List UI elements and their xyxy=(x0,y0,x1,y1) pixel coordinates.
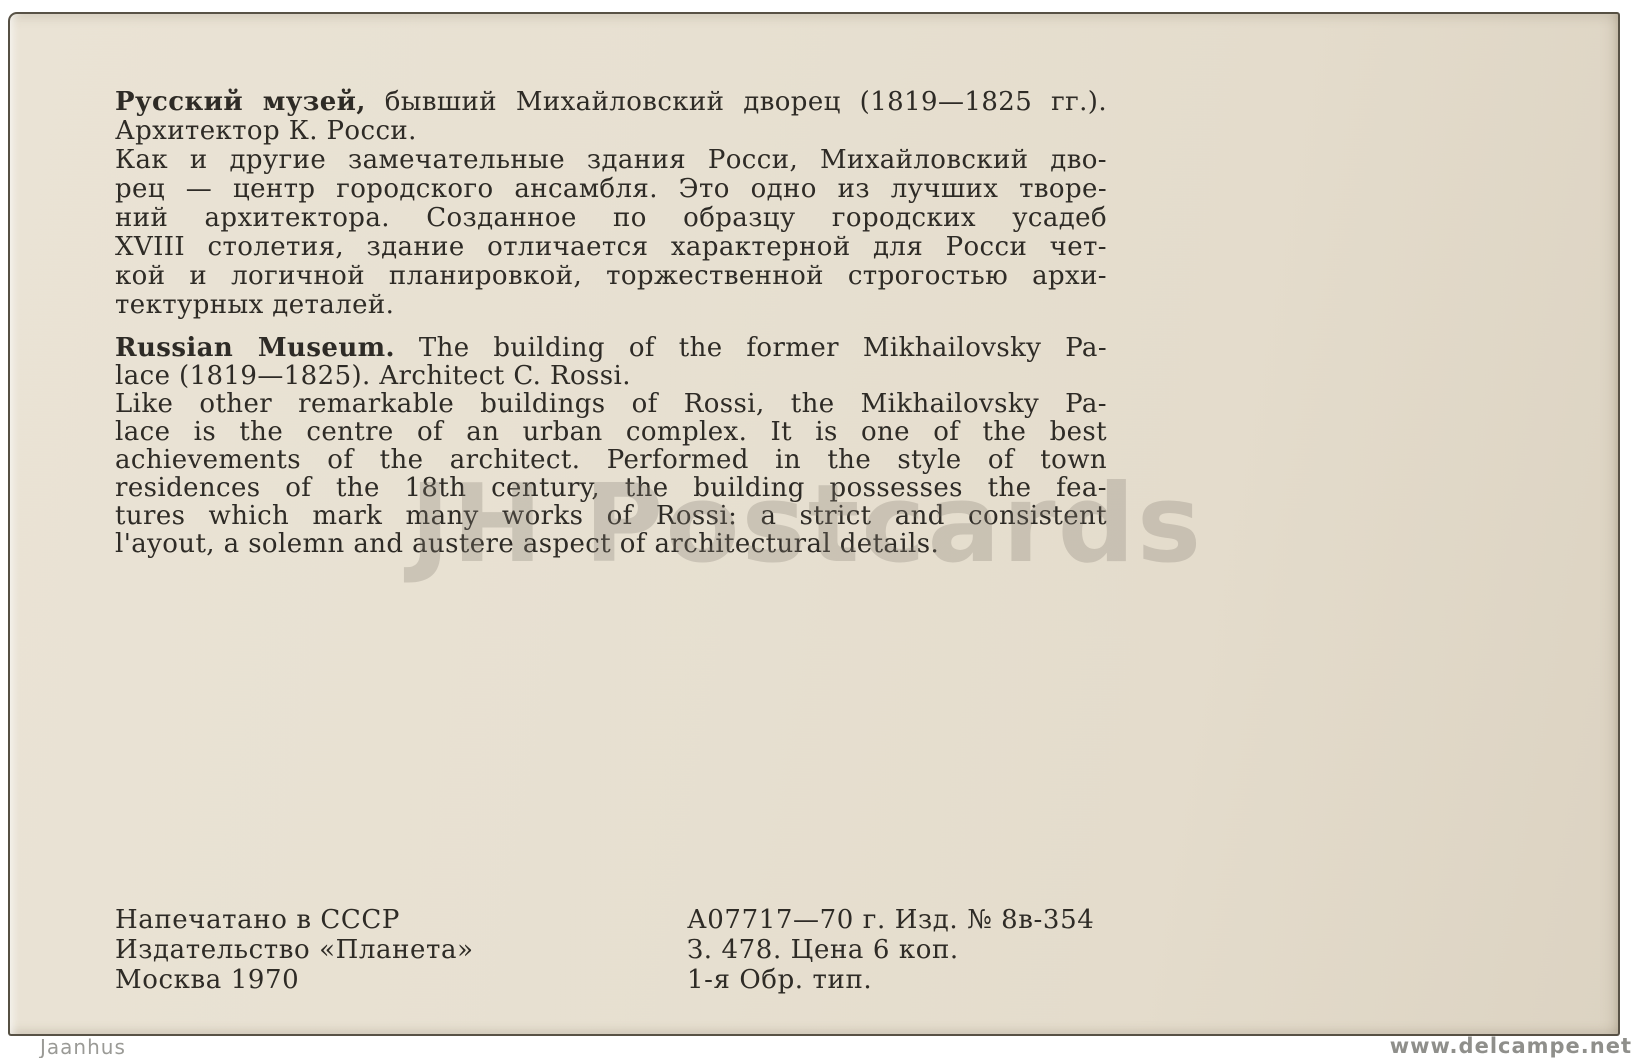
delcampe-url-label: www.delcampe.net xyxy=(1390,1034,1632,1058)
text-line: кой и логичной планировкой, торжественно… xyxy=(115,262,1107,291)
text-line: З. 478. Цена 6 коп. xyxy=(687,935,1094,965)
english-title-line2: lace (1819—1825). Architect C. Rossi. xyxy=(115,362,1107,390)
imprint-edition-block: А07717—70 г. Изд. № 8в-354З. 478. Цена 6… xyxy=(687,905,1094,995)
english-title-bold: Russian Museum. xyxy=(115,333,395,363)
text-line: Издательство «Планета» xyxy=(115,935,474,965)
russian-title-line2: Архитектор К. Росси. xyxy=(115,117,1107,146)
russian-text-block: Русский музей, бывший Михайловский дворе… xyxy=(115,88,1107,320)
text-line: tures which mark many works of Rossi: a … xyxy=(115,502,1107,530)
seller-name-label: Jaanhus xyxy=(40,1035,126,1058)
imprint-publisher-block: Напечатано в СССРИздательство «Планета»М… xyxy=(115,905,474,995)
text-line: Like other remarkable buildings of Rossi… xyxy=(115,390,1107,418)
text-line: achievements of the architect. Performed… xyxy=(115,446,1107,474)
text-line: А07717—70 г. Изд. № 8в-354 xyxy=(687,905,1094,935)
text-line: Как и другие замечательные здания Росси,… xyxy=(115,146,1107,175)
text-line: тектурных деталей. xyxy=(115,291,1107,320)
russian-paragraph: Как и другие замечательные здания Росси,… xyxy=(115,146,1107,320)
english-title-rest: The building of the former Mikhailovsky … xyxy=(395,333,1107,363)
postcard-text-column: Русский музей, бывший Михайловский дворе… xyxy=(115,88,1107,558)
russian-title-bold: Русский музей, xyxy=(115,87,366,117)
text-line: XVIII столетия, здание отличается характ… xyxy=(115,233,1107,262)
text-line: 1-я Обр. тип. xyxy=(687,965,1094,995)
english-paragraph: Like other remarkable buildings of Rossi… xyxy=(115,390,1107,558)
text-line: lace is the centre of an urban complex. … xyxy=(115,418,1107,446)
text-line: residences of the 18th century, the buil… xyxy=(115,474,1107,502)
postcard-back-scan: Русский музей, бывший Михайловский дворе… xyxy=(8,12,1620,1036)
text-line: рец — центр городского ансамбля. Это одн… xyxy=(115,175,1107,204)
russian-title-rest: бывший Михайловский дворец (1819—1825 гг… xyxy=(366,87,1107,117)
russian-title-line: Русский музей, бывший Михайловский дворе… xyxy=(115,88,1107,117)
text-line: l'ayout, a solemn and austere aspect of … xyxy=(115,530,1107,558)
text-line: Москва 1970 xyxy=(115,965,474,995)
text-line: Напечатано в СССР xyxy=(115,905,474,935)
english-text-block: Russian Museum. The building of the form… xyxy=(115,334,1107,558)
text-line: ний архитектора. Созданное по образцу го… xyxy=(115,204,1107,233)
scan-page: Русский музей, бывший Михайловский дворе… xyxy=(0,0,1645,1058)
english-title-line: Russian Museum. The building of the form… xyxy=(115,334,1107,362)
